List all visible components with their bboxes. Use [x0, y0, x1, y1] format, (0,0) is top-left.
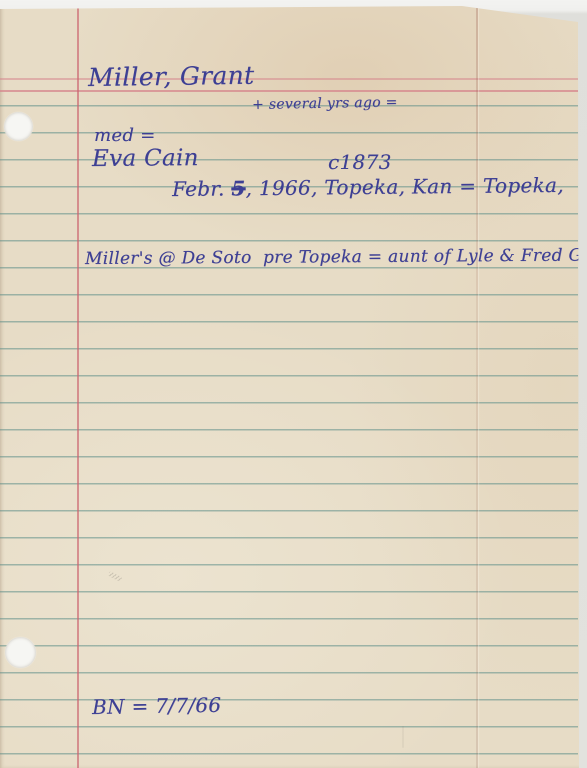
- header-rule-upper: [0, 78, 578, 80]
- handwritten-date-line: Febr. 5, 1966, Topeka, Kan = Topeka,: [172, 173, 564, 201]
- date-day-overwritten: 5: [231, 176, 245, 200]
- handwritten-name-heading: Miller, Grant: [88, 61, 255, 92]
- hole-punch-bottom: [5, 637, 36, 668]
- handwritten-spouse-name: Eva Cain: [92, 145, 199, 172]
- ruled-lines: [0, 105, 578, 768]
- handwritten-circa-year: c1873: [328, 150, 392, 174]
- header-rule-lower: [0, 90, 578, 92]
- scratch-mark: [402, 726, 404, 748]
- handwritten-footer-date: BN = 7/7/66: [92, 693, 222, 719]
- date-prefix: Febr.: [172, 176, 232, 201]
- date-suffix: , 1966, Topeka, Kan = Topeka,: [245, 173, 564, 200]
- notebook-paper: Miller, Grant + several yrs ago = med = …: [0, 0, 587, 768]
- hole-punch-top: [4, 112, 33, 141]
- handwritten-family-note: Miller's @ De Soto pre Topeka = aunt of …: [85, 245, 587, 269]
- left-margin-rule: [77, 7, 79, 768]
- handwritten-med-note: med =: [94, 125, 156, 146]
- handwritten-annotation: + several yrs ago =: [252, 94, 398, 113]
- scanned-page: Miller, Grant + several yrs ago = med = …: [0, 0, 587, 768]
- vertical-fold-crease: [476, 0, 478, 768]
